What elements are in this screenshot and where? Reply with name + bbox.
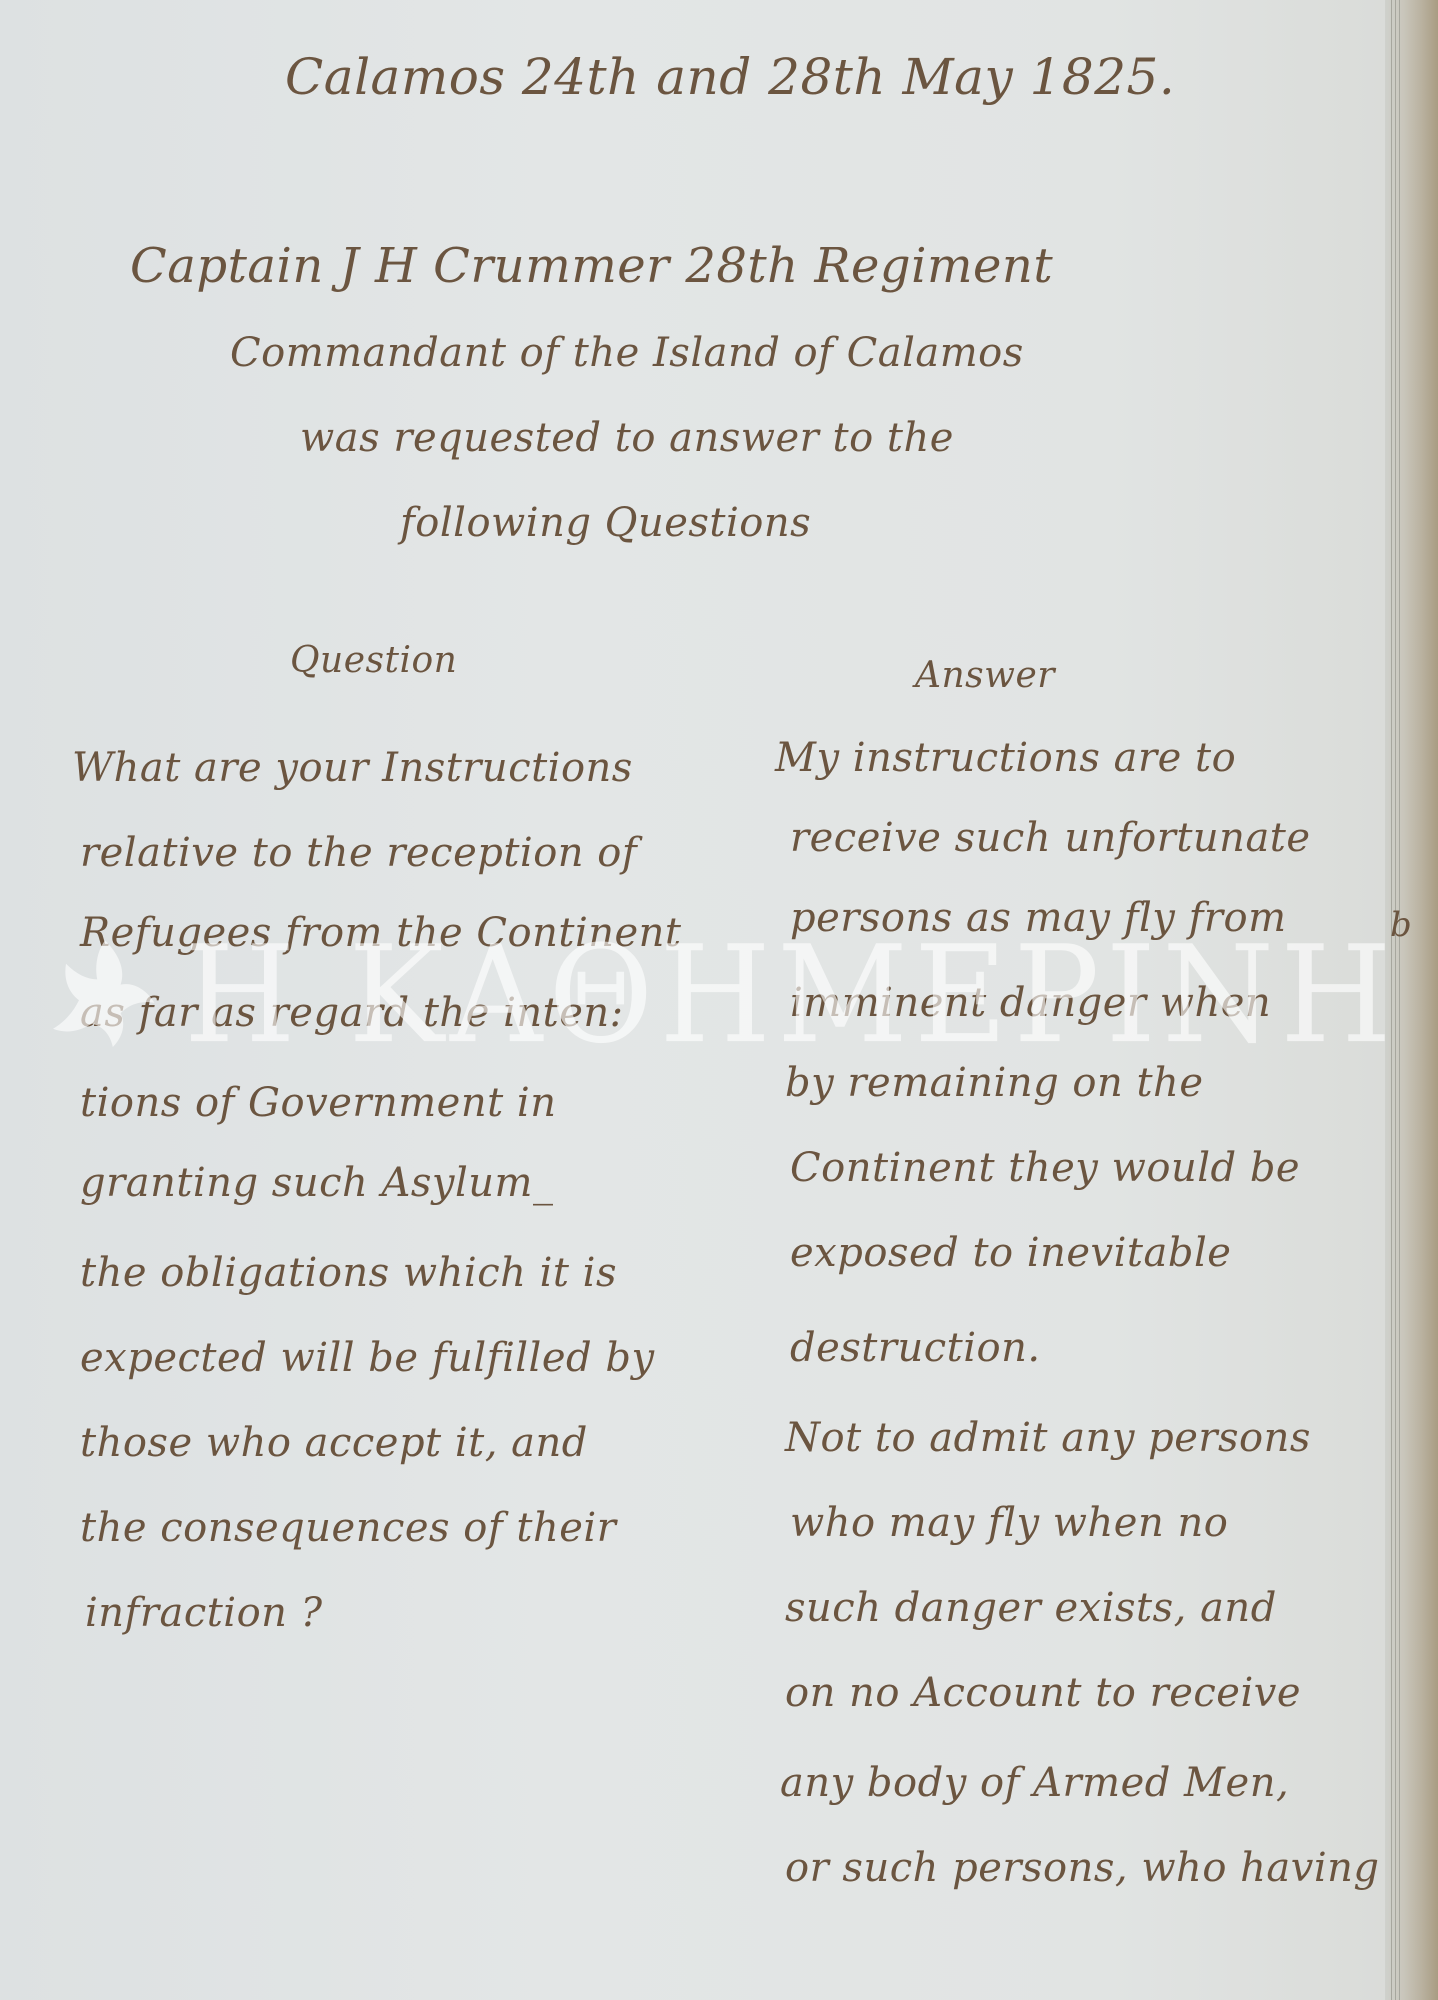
book-page-edge [1385,0,1438,2000]
answer-line: destruction. [790,1325,1041,1371]
question-line: those who accept it, and [80,1420,588,1466]
question-line: Refugees from the Continent [80,910,682,956]
heading-requested: was requested to answer to the [300,415,954,461]
answer-line: any body of Armed Men, [780,1760,1289,1806]
answer-line: who may fly when no [790,1500,1228,1546]
question-line: expected will be fulfilled by [80,1335,655,1381]
question-line: the consequences of their [80,1505,616,1551]
answer-line: on no Account to receive [785,1670,1301,1716]
margin-mark: b [1390,905,1412,945]
question-line: the obligations which it is [80,1250,617,1296]
question-line: granting such Asylum_ [80,1160,553,1206]
page-edge-line [1391,0,1392,2000]
answer-line: such danger exists, and [785,1585,1277,1631]
answer-line: or such persons, who having [785,1845,1379,1891]
answer-column-header: Answer [915,655,1055,696]
question-line: as far as regard the inten: [80,990,624,1036]
answer-line: My instructions are to [775,735,1236,781]
manuscript-page: Calamos 24th and 28th May 1825. Captain … [0,0,1385,2000]
question-line: relative to the reception of [80,830,637,876]
answer-line: imminent danger when [790,980,1271,1026]
page-edge-line [1399,0,1400,2000]
question-line: infraction ? [85,1590,323,1636]
heading-captain: Captain J H Crummer 28th Regiment [130,238,1053,294]
answer-line: exposed to inevitable [790,1230,1231,1276]
question-column-header: Question [290,640,457,681]
question-line: What are your Instructions [72,745,633,791]
question-line: tions of Government in [80,1080,556,1126]
page-edge-line [1395,0,1396,2000]
answer-line: by remaining on the [785,1060,1203,1106]
heading-commandant: Commandant of the Island of Calamos [230,330,1024,376]
answer-line: receive such unfortunate [790,815,1311,861]
heading-following: following Questions [400,500,811,546]
answer-line: Not to admit any persons [785,1415,1311,1461]
answer-line: persons as may fly from [790,895,1287,941]
dateline: Calamos 24th and 28th May 1825. [285,48,1175,106]
answer-line: Continent they would be [790,1145,1300,1191]
